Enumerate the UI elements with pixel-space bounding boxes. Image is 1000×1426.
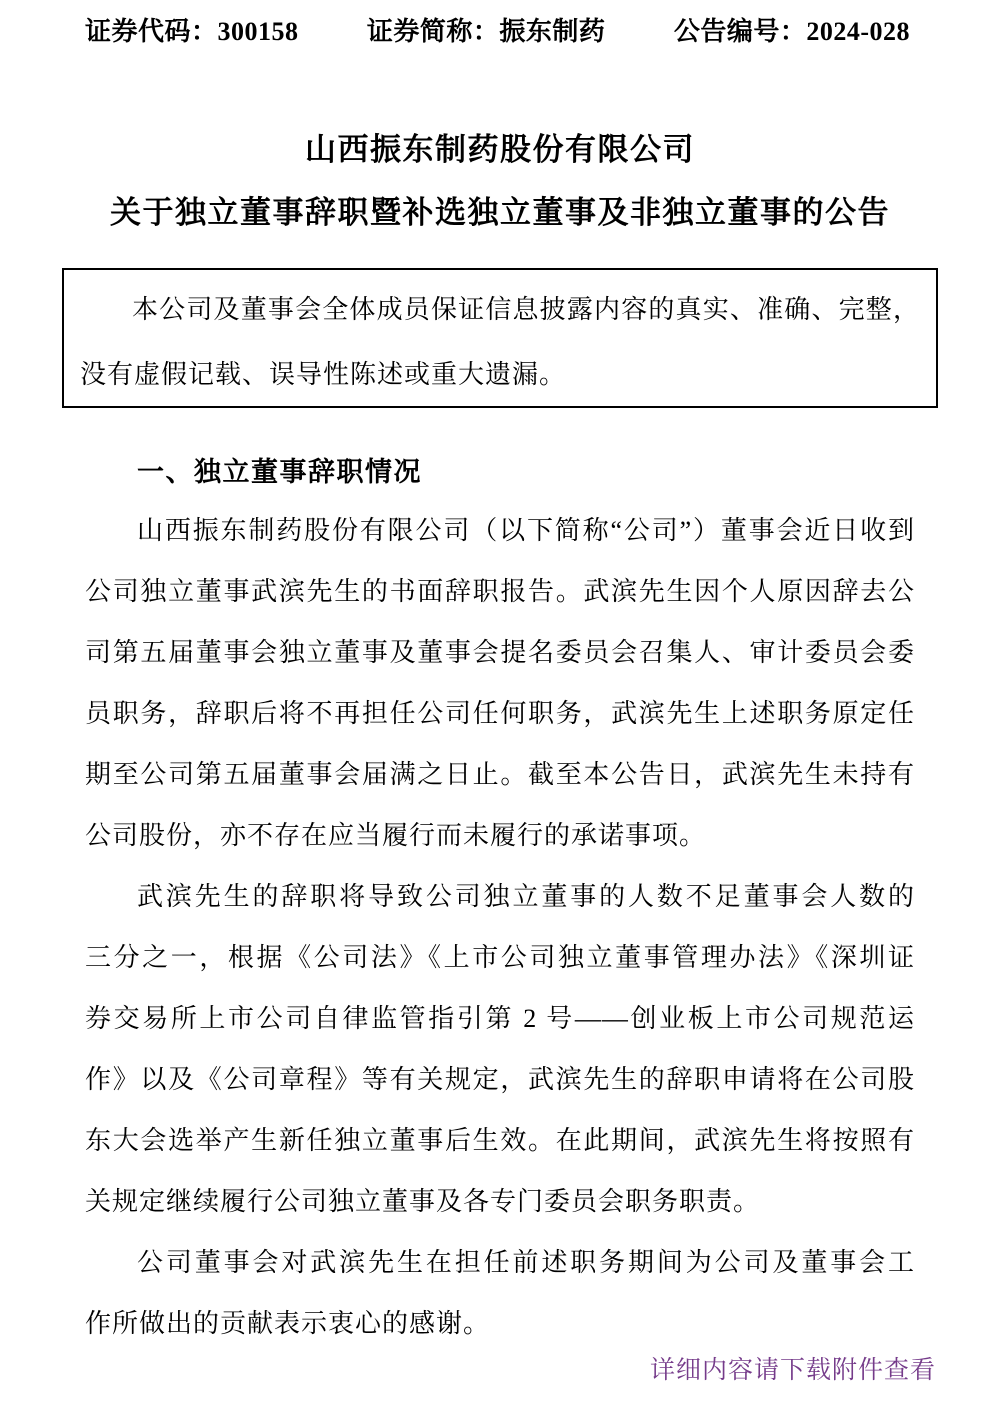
company-title: 山西振东制药股份有限公司: [0, 124, 1000, 169]
text-line: 券交易所上市公司自律监管指引第 2 号——创业板上市公司规范运: [85, 988, 915, 1049]
disclaimer-line: 本公司及董事会全体成员保证信息披露内容的真实、准确、完整，: [80, 277, 920, 342]
text-line: 作所做出的贡献表示衷心的感谢。: [85, 1293, 915, 1354]
text-line: 公司股份，亦不存在应当履行而未履行的承诺事项。: [85, 805, 915, 866]
text-line: 公司独立董事武滨先生的书面辞职报告。武滨先生因个人原因辞去公: [85, 561, 915, 622]
document-header: 证券代码：300158 证券简称：振东制药 公告编号：2024-028: [85, 11, 910, 48]
disclaimer-line: 没有虚假记载、误导性陈述或重大遗漏。: [80, 342, 920, 407]
section-heading: 一、独立董事辞职情况: [137, 450, 422, 489]
text-line: 武滨先生的辞职将导致公司独立董事的人数不足董事会人数的: [85, 866, 915, 927]
stock-short-name: 证券简称：振东制药: [367, 11, 606, 48]
text-line: 三分之一，根据《公司法》《上市公司独立董事管理办法》《深圳证: [85, 927, 915, 988]
announcement-document: 证券代码：300158 证券简称：振东制药 公告编号：2024-028 山西振东…: [0, 0, 1000, 1426]
text-line: 公司董事会对武滨先生在担任前述职务期间为公司及董事会工: [85, 1232, 915, 1293]
disclaimer-box: 本公司及董事会全体成员保证信息披露内容的真实、准确、完整， 没有虚假记载、误导性…: [62, 268, 938, 408]
body-text: 山西振东制药股份有限公司（以下简称“公司”）董事会近日收到 公司独立董事武滨先生…: [85, 500, 915, 1354]
text-line: 期至公司第五届董事会届满之日止。截至本公告日，武滨先生未持有: [85, 744, 915, 805]
text-line: 东大会选举产生新任独立董事后生效。在此期间，武滨先生将按照有: [85, 1110, 915, 1171]
text-line: 山西振东制药股份有限公司（以下简称“公司”）董事会近日收到: [85, 500, 915, 561]
text-line: 司第五届董事会独立董事及董事会提名委员会召集人、审计委员会委: [85, 622, 915, 683]
text-line: 员职务，辞职后将不再担任公司任何职务，武滨先生上述职务原定任: [85, 683, 915, 744]
text-line: 关规定继续履行公司独立董事及各专门委员会职务职责。: [85, 1171, 915, 1232]
stock-code: 证券代码：300158: [85, 11, 299, 48]
announcement-title: 关于独立董事辞职暨补选独立董事及非独立董事的公告: [0, 187, 1000, 232]
announcement-number: 公告编号：2024-028: [674, 11, 910, 48]
download-attachment-link[interactable]: 详细内容请下载附件查看: [650, 1350, 936, 1386]
text-line: 作》以及《公司章程》等有关规定，武滨先生的辞职申请将在公司股: [85, 1049, 915, 1110]
